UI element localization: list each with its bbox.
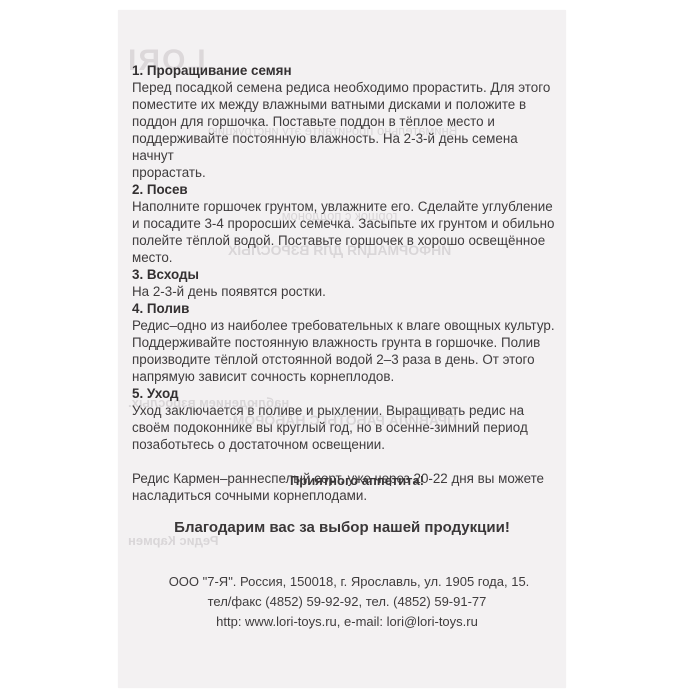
company-footer: ООО "7-Я". Россия, 150018, г. Ярославль,… [118,572,566,632]
closing-text: Приятного аппетита! [290,473,424,488]
section-title: 4. Полив [132,300,562,317]
company-phones: тел/факс (4852) 59-92-92, тел. (4852) 59… [128,592,566,612]
section-sprouting: 1. Проращивание семян Перед посадкой сем… [132,62,562,181]
section-text: Уход заключается в поливе и рыхлении. Вы… [132,402,562,453]
closing-line: Приятного аппетита! [118,473,566,488]
thanks-line: Благодарим вас за выбор нашей продукции! [118,519,566,536]
instruction-sheet: LORI Внимательно прочитайте эту инструкц… [118,10,566,688]
section-text: Перед посадкой семена редиса необходимо … [132,79,562,181]
section-title: 1. Проращивание семян [132,62,562,79]
company-web: http: www.lori-toys.ru, e-mail: lori@lor… [128,612,566,632]
section-watering: 4. Полив Редис–одно из наиболее требоват… [132,300,562,385]
section-title: 2. Посев [132,181,562,198]
instructions-body: 1. Проращивание семян Перед посадкой сем… [132,62,562,504]
section-text: Редис–одно из наиболее требовательных к … [132,317,562,385]
company-address: ООО "7-Я". Россия, 150018, г. Ярославль,… [132,572,566,592]
section-care: 5. Уход Уход заключается в поливе и рыхл… [132,385,562,453]
section-title: 3. Всходы [132,266,562,283]
section-title: 5. Уход [132,385,562,402]
section-text: Наполните горшочек грунтом, увлажните ег… [132,198,562,266]
section-sprouts: 3. Всходы На 2-3-й день появятся ростки. [132,266,562,300]
section-sowing: 2. Посев Наполните горшочек грунтом, увл… [132,181,562,266]
section-text: На 2-3-й день появятся ростки. [132,283,562,300]
